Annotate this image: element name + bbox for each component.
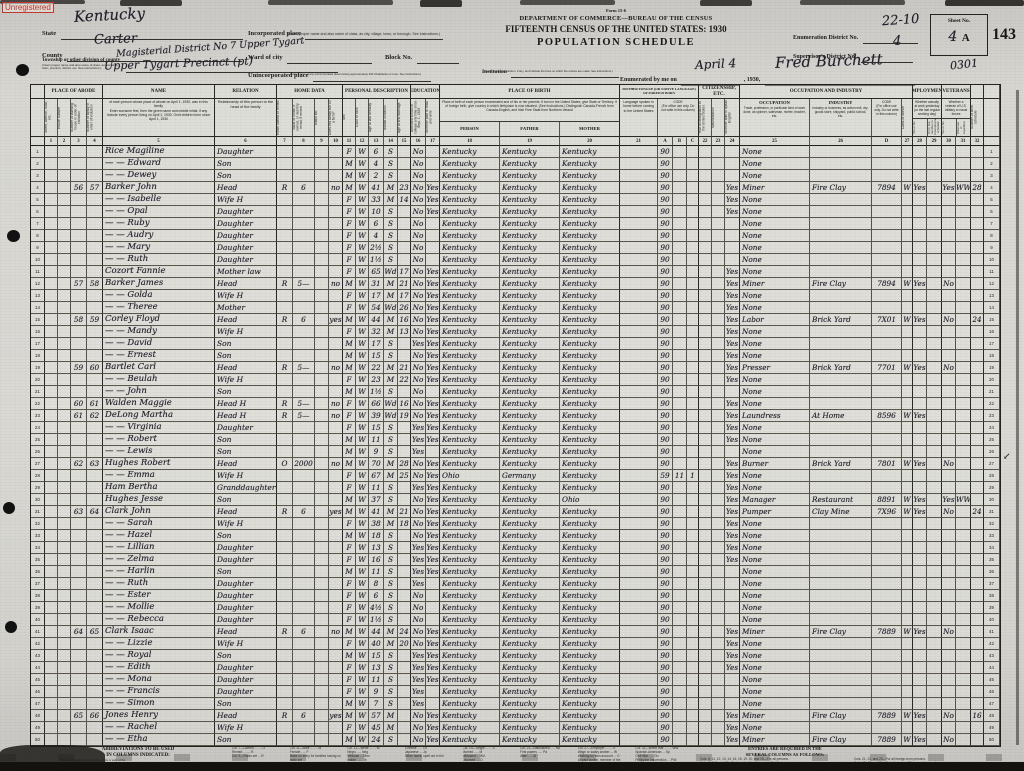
cell-name: — — Hazel (103, 530, 215, 542)
cell-val (293, 638, 315, 650)
cell-sex: F (343, 410, 356, 422)
relation-column-header: Relationship of this person to the head … (215, 99, 277, 136)
cell-house (58, 590, 71, 602)
cell-lang (620, 554, 658, 566)
cell-age: 67 (369, 470, 384, 482)
col-number-8: 8 (293, 136, 315, 146)
cell-nat (712, 218, 725, 230)
cell-eng: Yes (725, 422, 740, 434)
personal-col-4-label: Age at first marriage (398, 99, 410, 136)
cell-vet (942, 638, 956, 650)
cell-cA: 90 (658, 626, 673, 638)
cell-pbf: Kentucky (500, 326, 560, 338)
cell-dwell (71, 578, 87, 590)
cell-dwell (71, 302, 87, 314)
cell-imm (699, 158, 712, 170)
cell-pb: Kentucky (440, 158, 500, 170)
col-number-A: A (658, 136, 673, 146)
cell-nat (712, 350, 725, 362)
incorporated-field: Incorporated place (248, 22, 443, 40)
cell-age: 2 (369, 170, 384, 182)
cell-fsch (971, 530, 984, 542)
cell-imm (699, 626, 712, 638)
cell-ln: 39 (31, 602, 45, 614)
cell-war (956, 302, 971, 314)
cell-dwell (71, 422, 87, 434)
cell-name: Cozort Fannie (103, 266, 215, 278)
cell-lnr: 32 (984, 518, 1000, 530)
cell-mar: S (384, 434, 398, 446)
cell-war (956, 554, 971, 566)
personal-col-3: Marital condition (384, 99, 398, 136)
cell-lnr: 41 (984, 626, 1000, 638)
cell-mar: M (384, 506, 398, 518)
cell-sex: F (343, 554, 356, 566)
cell-imm (699, 578, 712, 590)
cell-mar: S (384, 482, 398, 494)
industry-column-header: INDUSTRYIndustry or business, as cotton … (810, 99, 872, 136)
cell-mar: M (384, 710, 398, 722)
cell-occ: None (740, 638, 810, 650)
cell-rw (426, 686, 440, 698)
cell-farm (329, 290, 343, 302)
cell-val (293, 170, 315, 182)
cell-lnr: 49 (984, 722, 1000, 734)
cell-rel: Daughter (215, 254, 277, 266)
cell-sex: M (343, 314, 356, 326)
cell-name: Corley Floyd (103, 314, 215, 326)
cell-cC (687, 578, 699, 590)
cell-name: Hughes Jesse (103, 494, 215, 506)
cell-ten: R (277, 182, 293, 194)
cell-fam: 60 (87, 362, 103, 374)
cell-pbm: Kentucky (560, 542, 620, 554)
cell-cA: 90 (658, 242, 673, 254)
cell-pbm: Kentucky (560, 374, 620, 386)
cell-lnr: 13 (984, 290, 1000, 302)
cell-ten: R (277, 362, 293, 374)
cell-name: Ham Bertha (103, 482, 215, 494)
personal-col-3-label: Marital condition (384, 99, 397, 136)
cell-farm: no (329, 398, 343, 410)
cell-dwell (71, 638, 87, 650)
cell-occ: None (740, 662, 810, 674)
cell-dwell (71, 170, 87, 182)
cell-ln: 35 (31, 554, 45, 566)
cell-farm (329, 254, 343, 266)
cell-age: 11 (369, 482, 384, 494)
cell-mar: S (384, 230, 398, 242)
cell-sex: F (343, 614, 356, 626)
cell-code (872, 290, 902, 302)
cell-street (45, 278, 58, 290)
cell-ten (277, 158, 293, 170)
cell-imm (699, 734, 712, 746)
cell-imm (699, 206, 712, 218)
cell-code (872, 650, 902, 662)
cell-radio (315, 494, 329, 506)
cell-imm (699, 170, 712, 182)
cell-house (58, 482, 71, 494)
cell-work (913, 254, 927, 266)
cell-agem: 23 (398, 182, 411, 194)
cell-eng: Yes (725, 722, 740, 734)
cell-unemp (927, 578, 942, 590)
cell-code (872, 170, 902, 182)
cell-nat (712, 410, 725, 422)
cell-pbm: Kentucky (560, 674, 620, 686)
cell-imm (699, 386, 712, 398)
cell-ln: 20 (31, 374, 45, 386)
state-label: State (42, 30, 56, 37)
cell-lang (620, 194, 658, 206)
cell-vet (942, 266, 956, 278)
cell-cls (902, 350, 913, 362)
cell-pb: Kentucky (440, 518, 500, 530)
cell-cA: 90 (658, 326, 673, 338)
cell-agem: 26 (398, 302, 411, 314)
cell-farm (329, 338, 343, 350)
cell-ten (277, 686, 293, 698)
cell-agem (398, 146, 411, 158)
cell-war (956, 458, 971, 470)
cell-lnr: 45 (984, 674, 1000, 686)
cell-fsch (971, 590, 984, 602)
cell-work (913, 602, 927, 614)
cell-fam (87, 698, 103, 710)
cell-cls (902, 578, 913, 590)
cell-pbm: Ohio (560, 494, 620, 506)
cell-name: Hughes Robert (103, 458, 215, 470)
group-title-place-of-abode: PLACE OF ABODE (45, 85, 103, 99)
cell-sch: Yes (411, 674, 426, 686)
cell-cls (902, 470, 913, 482)
cell-agem (398, 722, 411, 734)
cell-sch: No (411, 626, 426, 638)
relation-column-header-text: Relationship of this person to the head … (215, 99, 276, 110)
cell-mar: M (384, 626, 398, 638)
cell-rw: Yes (426, 554, 440, 566)
cell-cls (902, 266, 913, 278)
cell-lang (620, 326, 658, 338)
cell-imm (699, 182, 712, 194)
cell-color: W (356, 374, 369, 386)
cell-ten (277, 542, 293, 554)
cell-nat (712, 470, 725, 482)
cell-imm (699, 458, 712, 470)
cell-rw (426, 254, 440, 266)
cell-street (45, 302, 58, 314)
cell-ten (277, 326, 293, 338)
cell-eng (725, 386, 740, 398)
cell-lnr: 23 (984, 410, 1000, 422)
home-data-col-3: Does this family live on a farm? (329, 99, 343, 136)
cell-fsch (971, 422, 984, 434)
cell-radio (315, 686, 329, 698)
cell-farm (329, 326, 343, 338)
cell-ind (810, 530, 872, 542)
cell-agem: 20 (398, 638, 411, 650)
cell-cC (687, 422, 699, 434)
cell-eng: Yes (725, 410, 740, 422)
cell-ind (810, 446, 872, 458)
cell-rw (426, 590, 440, 602)
cell-name: — — Etha (103, 734, 215, 746)
cell-fsch (971, 542, 984, 554)
cell-val (293, 554, 315, 566)
cell-dwell (71, 602, 87, 614)
cell-ln: 47 (31, 698, 45, 710)
cell-color: W (356, 602, 369, 614)
table-row: 316364Clark JohnHeadR6yesMW41M21NoYesKen… (31, 506, 1000, 518)
cell-fsch (971, 518, 984, 530)
cell-cA: 90 (658, 638, 673, 650)
scan-artifact (420, 0, 462, 7)
cell-code (872, 218, 902, 230)
cell-agem: 16 (398, 314, 411, 326)
cell-cC (687, 278, 699, 290)
cell-vet (942, 158, 956, 170)
cell-occ: Labor (740, 314, 810, 326)
table-row: 42— — LizzieWife HFW40M20NoYesKentuckyKe… (31, 638, 1000, 650)
cell-cC (687, 434, 699, 446)
cell-house (58, 194, 71, 206)
cell-pb: Kentucky (440, 422, 500, 434)
cell-name: Rice Magiline (103, 146, 215, 158)
cell-code (872, 374, 902, 386)
cell-pb: Kentucky (440, 266, 500, 278)
cell-war (956, 422, 971, 434)
cell-code (872, 350, 902, 362)
cell-rel: Wife H (215, 470, 277, 482)
cell-ten (277, 698, 293, 710)
cell-fam (87, 470, 103, 482)
cell-sch: No (411, 638, 426, 650)
tongue-code-header-text: CODE (For office use only. Do not write … (658, 99, 698, 113)
cell-agem (398, 386, 411, 398)
cell-mar: S (384, 494, 398, 506)
cell-name: — — Lewis (103, 446, 215, 458)
cell-vet: Yes (942, 494, 956, 506)
cell-ln: 13 (31, 290, 45, 302)
cell-fsch (971, 638, 984, 650)
cell-mar: S (384, 422, 398, 434)
cell-eng: Yes (725, 182, 740, 194)
cell-dwell (71, 734, 87, 746)
occupation-code-header-text: CODE (For office use only. Do not write … (872, 99, 901, 117)
cell-radio (315, 254, 329, 266)
cell-pbm: Kentucky (560, 386, 620, 398)
cell-dwell (71, 254, 87, 266)
punch-hole (5, 621, 17, 633)
cell-ten (277, 290, 293, 302)
cell-code: 7801 (872, 458, 902, 470)
cell-ten: R (277, 506, 293, 518)
cell-work (913, 722, 927, 734)
cell-work (913, 326, 927, 338)
cell-eng (725, 614, 740, 626)
cell-cls: W (902, 410, 913, 422)
cell-cA: 90 (658, 182, 673, 194)
cell-sex: F (343, 638, 356, 650)
cell-ten (277, 338, 293, 350)
supervisor-value: 4 (893, 34, 901, 49)
cell-farm (329, 518, 343, 530)
enum-district-value: 22-10 (882, 12, 920, 30)
cell-fsch (971, 338, 984, 350)
scan-artifact (268, 0, 393, 5)
cell-color: W (356, 458, 369, 470)
cell-dwell (71, 674, 87, 686)
cell-war (956, 626, 971, 638)
cell-pbm: Kentucky (560, 698, 620, 710)
cell-pb: Kentucky (440, 278, 500, 290)
cell-name: — — Theree (103, 302, 215, 314)
col-number-27: 27 (902, 136, 913, 146)
cell-lang (620, 422, 658, 434)
cell-pb: Kentucky (440, 566, 500, 578)
cell-pbm: Kentucky (560, 626, 620, 638)
cell-fam (87, 194, 103, 206)
cell-name: — — Robert (103, 434, 215, 446)
cell-eng: Yes (725, 326, 740, 338)
cell-color: W (356, 530, 369, 542)
cell-ten: R (277, 398, 293, 410)
cell-unemp (927, 698, 942, 710)
abode-col-2-label: Number of dwelling house in order of vis… (71, 99, 86, 136)
cell-work (913, 242, 927, 254)
cell-sch: No (411, 182, 426, 194)
cell-mar: S (384, 614, 398, 626)
cell-war (956, 590, 971, 602)
cell-val (293, 530, 315, 542)
cell-fam: 59 (87, 314, 103, 326)
cell-cC (687, 650, 699, 662)
education-col-0: Attended school or college any time sinc… (411, 99, 426, 136)
cell-sex: F (343, 482, 356, 494)
cell-cB (673, 554, 687, 566)
cell-ln: 4 (31, 182, 45, 194)
cell-fam (87, 254, 103, 266)
cell-cA: 90 (658, 314, 673, 326)
cell-rel: Son (215, 566, 277, 578)
cell-work (913, 194, 927, 206)
cell-pb: Kentucky (440, 170, 500, 182)
cell-color: W (356, 254, 369, 266)
cell-agem (398, 254, 411, 266)
cell-fsch (971, 662, 984, 674)
cell-val (293, 446, 315, 458)
cell-cB (673, 314, 687, 326)
punch-hole (3, 502, 15, 514)
cell-ten (277, 494, 293, 506)
cell-fam (87, 482, 103, 494)
cell-agem (398, 494, 411, 506)
cell-farm (329, 302, 343, 314)
cell-cB (673, 266, 687, 278)
cell-sch: No (411, 734, 426, 746)
cell-cA: 90 (658, 602, 673, 614)
cell-fsch (971, 554, 984, 566)
pob-sub-mother: MOTHER (560, 122, 619, 136)
cell-name: — — Ruth (103, 578, 215, 590)
cell-sch: No (411, 230, 426, 242)
col-number-4: 4 (87, 136, 103, 146)
cell-code (872, 638, 902, 650)
home-data-col-0-label: Home owned or rented (277, 99, 292, 136)
cell-cB (673, 434, 687, 446)
scan-artifact (700, 0, 752, 6)
cell-cA: 90 (658, 710, 673, 722)
cell-pbf: Kentucky (500, 482, 560, 494)
cell-eng (725, 590, 740, 602)
cell-sch: No (411, 302, 426, 314)
cell-street (45, 542, 58, 554)
cell-pbm: Kentucky (560, 278, 620, 290)
veterans-header-sub-1: What war or expedition (957, 119, 971, 136)
cell-age: 9 (369, 686, 384, 698)
cell-radio (315, 698, 329, 710)
cell-cB (673, 230, 687, 242)
cell-lnr: 34 (984, 542, 1000, 554)
cell-name: — — Ruth (103, 254, 215, 266)
cell-work (913, 434, 927, 446)
cell-mar: S (384, 146, 398, 158)
cell-lnr: 30 (984, 494, 1000, 506)
cell-occ: None (740, 518, 810, 530)
cell-lnr: 27 (984, 458, 1000, 470)
cell-fam (87, 602, 103, 614)
cell-ten (277, 254, 293, 266)
cell-sch: No (411, 374, 426, 386)
cell-color: W (356, 566, 369, 578)
cell-sex: M (343, 350, 356, 362)
cell-cA: 90 (658, 410, 673, 422)
cell-agem: 28 (398, 458, 411, 470)
cell-fam (87, 674, 103, 686)
cell-dwell: 57 (71, 278, 87, 290)
cell-cls (902, 674, 913, 686)
cell-pbf: Kentucky (500, 650, 560, 662)
cell-rel: Wife H (215, 518, 277, 530)
cell-sch: No (411, 470, 426, 482)
cell-lnr: 2 (984, 158, 1000, 170)
cell-sch: Yes (411, 650, 426, 662)
cell-fsch (971, 626, 984, 638)
cell-unemp (927, 602, 942, 614)
cell-agem (398, 662, 411, 674)
cell-radio (315, 710, 329, 722)
education-col-0-label: Attended school or college any time sinc… (411, 99, 425, 136)
cell-fam: 63 (87, 458, 103, 470)
cell-unemp (927, 182, 942, 194)
cell-ind (810, 662, 872, 674)
cell-radio (315, 542, 329, 554)
cell-dwell (71, 518, 87, 530)
group-title-blank (971, 85, 984, 99)
table-row: 34— — LillianDaughterFW13SYesYesKentucky… (31, 542, 1000, 554)
scan-artifact (0, 754, 1024, 761)
cell-fsch (971, 602, 984, 614)
table-row: 33— — HazelSonMW18SNoYesKentuckyKentucky… (31, 530, 1000, 542)
cell-rel: Daughter (215, 674, 277, 686)
cell-occ: Miner (740, 278, 810, 290)
cell-work: Yes (913, 278, 927, 290)
cell-dwell (71, 158, 87, 170)
cell-agem (398, 242, 411, 254)
cell-cA: 90 (658, 218, 673, 230)
cell-code (872, 158, 902, 170)
